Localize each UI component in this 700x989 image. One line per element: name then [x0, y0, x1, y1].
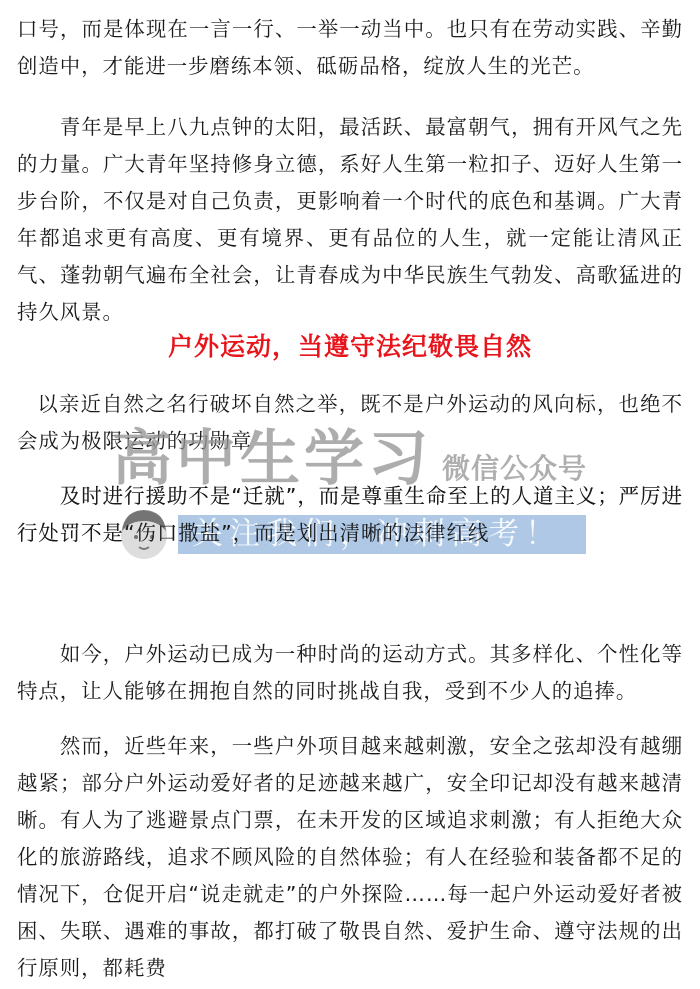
section-lead-overlay: 及时进行援助不是“迁就”，而是尊重生命至上的人道主义；严厉进行处罚不是“伤口撒盐…	[17, 478, 683, 552]
article-overlay: 及时进行援助不是“迁就”，而是尊重生命至上的人道主义；严厉进行处罚不是“伤口撒盐…	[0, 0, 700, 989]
